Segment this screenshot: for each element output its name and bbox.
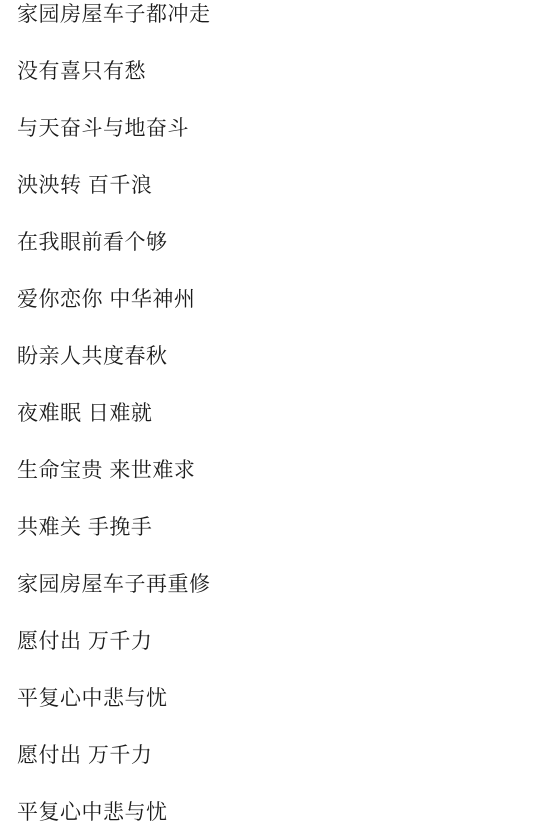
lyric-line: 在我眼前看个够: [17, 231, 532, 255]
lyric-line: 盼亲人共度春秋: [17, 345, 532, 369]
lyric-line: 爱你恋你 中华神州: [17, 288, 532, 312]
lyric-line: 愿付出 万千力: [17, 630, 532, 654]
lyric-line: 没有喜只有愁: [17, 60, 532, 84]
lyric-line: 生命宝贵 来世难求: [17, 459, 532, 483]
lyric-line: 平复心中悲与忧: [17, 801, 532, 825]
lyric-line: 共难关 手挽手: [17, 516, 532, 540]
lyric-line: 愿付出 万千力: [17, 744, 532, 768]
lyric-line: 泱泱转 百千浪: [17, 174, 532, 198]
lyric-line: 家园房屋车子都冲走: [17, 3, 532, 27]
lyric-line: 夜难眠 日难就: [17, 402, 532, 426]
lyric-line: 与天奋斗与地奋斗: [17, 117, 532, 141]
lyric-line: 家园房屋车子再重修: [17, 573, 532, 597]
lyric-line: 平复心中悲与忧: [17, 687, 532, 711]
lyrics-page: 家园房屋车子都冲走没有喜只有愁与天奋斗与地奋斗泱泱转 百千浪在我眼前看个够爱你恋…: [0, 0, 542, 832]
